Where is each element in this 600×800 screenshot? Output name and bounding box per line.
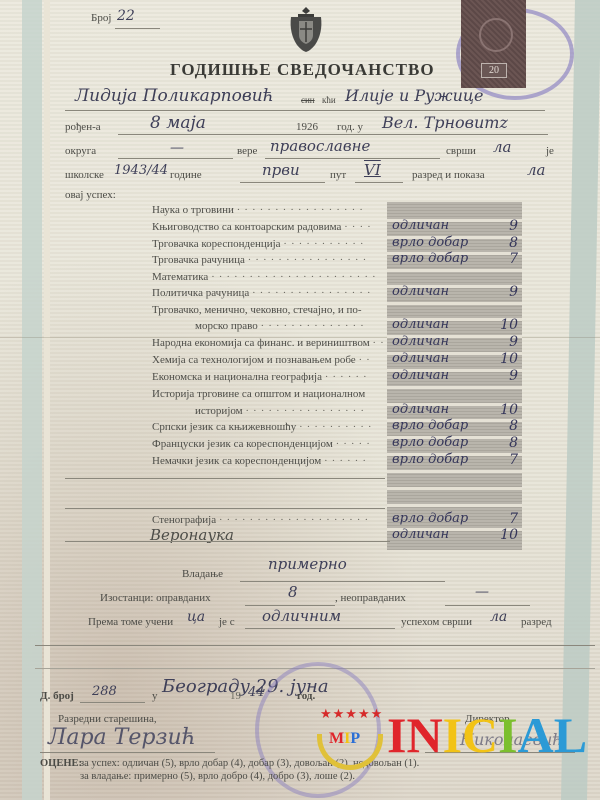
grade-word: одличан bbox=[392, 351, 449, 366]
result-success-label: успехом сврши bbox=[401, 616, 472, 628]
parents-names: Илије и Ружице bbox=[345, 86, 484, 105]
subject-name-continued: историјом ················ bbox=[195, 405, 368, 417]
result-completed-suffix: ла bbox=[490, 609, 507, 625]
grade-word: одличан bbox=[392, 317, 449, 332]
grade-word: врло добар bbox=[392, 418, 468, 433]
revenue-stamp: 20 bbox=[461, 0, 526, 88]
grade-number: 7 bbox=[509, 251, 518, 267]
grade-word: врло добар bbox=[392, 251, 468, 266]
unjustified-label: , неоправданих bbox=[335, 592, 406, 604]
years-label: године bbox=[170, 169, 202, 181]
grade-row: врло добар7 bbox=[392, 251, 520, 267]
religion-label: вере bbox=[237, 145, 257, 157]
birthplace: Вел. Трновитz bbox=[382, 113, 508, 132]
grade-cell-divider bbox=[387, 470, 522, 473]
grade-row: врло добар7 bbox=[392, 452, 520, 468]
grade-number: 10 bbox=[500, 527, 518, 543]
grade-value: VI bbox=[364, 161, 381, 179]
grade-number: 8 bbox=[509, 435, 518, 451]
school-year-value: 1943/44 bbox=[114, 163, 168, 178]
grade-cell-divider bbox=[387, 386, 522, 389]
school-year-label: школске bbox=[65, 169, 104, 181]
stars-icon: ★★★★★ bbox=[320, 706, 383, 722]
grade-row: одличан10 bbox=[392, 402, 520, 418]
times-value: први bbox=[262, 161, 300, 179]
subject-name: Историја трговине са општом и национално… bbox=[152, 388, 365, 400]
result-prefix: Према томе учени bbox=[88, 616, 173, 628]
grade-cell-divider bbox=[387, 302, 522, 305]
grade-row: врло добар8 bbox=[392, 418, 520, 434]
grade-cell-divider bbox=[387, 487, 522, 490]
absences-justified: 8 bbox=[288, 583, 298, 601]
grade-cell-divider bbox=[387, 504, 522, 507]
grade-number: 7 bbox=[509, 511, 518, 527]
result-class-label: разред bbox=[521, 616, 552, 628]
subject-name: Политичка рачуница ················ bbox=[152, 287, 375, 299]
grade-number: 9 bbox=[509, 218, 518, 234]
grade-number: 8 bbox=[509, 418, 518, 434]
subject-name: Немачки језик са кореспонденцијом ······ bbox=[152, 455, 370, 467]
absences-label: Изостанци: оправданих bbox=[100, 592, 211, 604]
grade-word: одличан bbox=[392, 402, 449, 417]
conduct-label: Владање bbox=[182, 568, 223, 580]
times-label: пут bbox=[330, 169, 346, 181]
grade-word: одличан bbox=[392, 527, 449, 542]
left-border-stripe bbox=[44, 0, 50, 800]
d-number-value: 288 bbox=[92, 684, 117, 699]
grade-word: одличан bbox=[392, 218, 449, 233]
inicial-brand-text: INICIAL bbox=[387, 710, 587, 760]
son-label: син bbox=[301, 95, 315, 105]
born-label: рођен-а bbox=[65, 121, 101, 133]
birth-year: 1926 bbox=[296, 121, 318, 133]
subject-name: Хемија са технологијом и познавањем робе… bbox=[152, 354, 374, 366]
conduct-value: примерно bbox=[268, 555, 347, 573]
grade-word: врло добар bbox=[392, 235, 468, 250]
subject-name: Трговачка рачуница ················ bbox=[152, 254, 370, 266]
place-prefix: у bbox=[152, 690, 158, 702]
grade-word: врло добар bbox=[392, 452, 468, 467]
subject-name-continued: морско право ·············· bbox=[195, 320, 368, 332]
mip-emblem: MIP bbox=[329, 730, 360, 748]
grade-number: 9 bbox=[509, 334, 518, 350]
completed-suffix: ла bbox=[493, 138, 512, 156]
class-master-label: Разредни старешина, bbox=[58, 713, 157, 725]
grade-row: одличан9 bbox=[392, 218, 520, 234]
grade-row: врло добар8 bbox=[392, 435, 520, 451]
subject-name: Математика ······················ bbox=[152, 271, 380, 283]
result-gender-suffix: ца bbox=[187, 609, 205, 625]
district-value: — bbox=[170, 140, 184, 156]
grade-row: одличан9 bbox=[392, 284, 520, 300]
grade-number: 9 bbox=[509, 284, 518, 300]
d-number-label: Д. број bbox=[40, 690, 74, 702]
grade-row bbox=[392, 268, 520, 284]
grade-number: 9 bbox=[509, 368, 518, 384]
result-success: одличним bbox=[262, 607, 341, 625]
grade-row: врло добар8 bbox=[392, 235, 520, 251]
success-label: овај успех: bbox=[65, 189, 116, 201]
document-title: ГОДИШЊЕ СВЕДОЧАНСТВО bbox=[170, 60, 435, 80]
left-border-band bbox=[22, 0, 42, 800]
grade-label: разред и показа bbox=[412, 169, 485, 181]
grade-row: врло добар7 bbox=[392, 511, 520, 527]
completed-label: сврши bbox=[446, 145, 476, 157]
number-value: 22 bbox=[117, 8, 135, 24]
result-je-s: је с bbox=[219, 616, 235, 628]
subject-name: Стенографија ···················· bbox=[152, 514, 372, 526]
grade-number: 7 bbox=[509, 452, 518, 468]
year-prefix: 19 bbox=[230, 690, 241, 702]
grade-word: врло добар bbox=[392, 511, 468, 526]
je-label: је bbox=[546, 145, 554, 157]
subject-name: Француски језик са кореспонденцијом ····… bbox=[152, 438, 374, 450]
grade-number: 10 bbox=[500, 402, 518, 418]
grade-word: одличан bbox=[392, 284, 449, 299]
daughter-label: кћи bbox=[322, 95, 336, 105]
religion-value: православне bbox=[270, 137, 370, 155]
subject-name: Економска и национална географија ······ bbox=[152, 371, 371, 383]
subject-name: Књиговодство са контоарским радовима ···… bbox=[152, 221, 375, 233]
revenue-stamp-value: 20 bbox=[481, 63, 507, 78]
birth-day: 8 маја bbox=[150, 113, 206, 133]
grade-word: одличан bbox=[392, 334, 449, 349]
grades-legend-conduct: за владање: примерно (5), врло добро (4)… bbox=[80, 771, 355, 782]
district-label: округа bbox=[65, 145, 96, 157]
grade-number: 10 bbox=[500, 317, 518, 333]
subject-name: Народна економија са финанс. и вериништв… bbox=[152, 337, 388, 349]
grade-word: врло добар bbox=[392, 435, 468, 450]
grade-row: одличан10 bbox=[392, 527, 520, 543]
absences-unjustified: — bbox=[475, 584, 489, 600]
subject-name: Српски језик са књижевношћу ·········· bbox=[152, 421, 376, 433]
grade-row bbox=[392, 201, 520, 217]
grade-suffix: ла bbox=[527, 161, 546, 179]
grade-number: 8 bbox=[509, 235, 518, 251]
subject-name: Трговачко, менично, чековно, стечајно, и… bbox=[152, 304, 362, 316]
coat-of-arms-icon bbox=[287, 5, 325, 53]
grade-row: одличан9 bbox=[392, 368, 520, 384]
class-master-signature: Лара Терзић bbox=[48, 725, 196, 750]
grades-legend-title: ОЦЕНЕ: bbox=[40, 758, 82, 769]
grade-word: одличан bbox=[392, 368, 449, 383]
grade-row: одличан10 bbox=[392, 317, 520, 333]
grade-row: одличан10 bbox=[392, 351, 520, 367]
year-label: год. у bbox=[337, 121, 363, 133]
number-label: Број bbox=[91, 12, 111, 24]
student-name: Лидија Поликарповић bbox=[75, 86, 274, 106]
subject-name: Наука о трговини ················· bbox=[152, 204, 367, 216]
grade-number: 10 bbox=[500, 351, 518, 367]
grade-row: одличан9 bbox=[392, 334, 520, 350]
subject-name: Трговачка кореспонденција ··········· bbox=[152, 238, 368, 250]
